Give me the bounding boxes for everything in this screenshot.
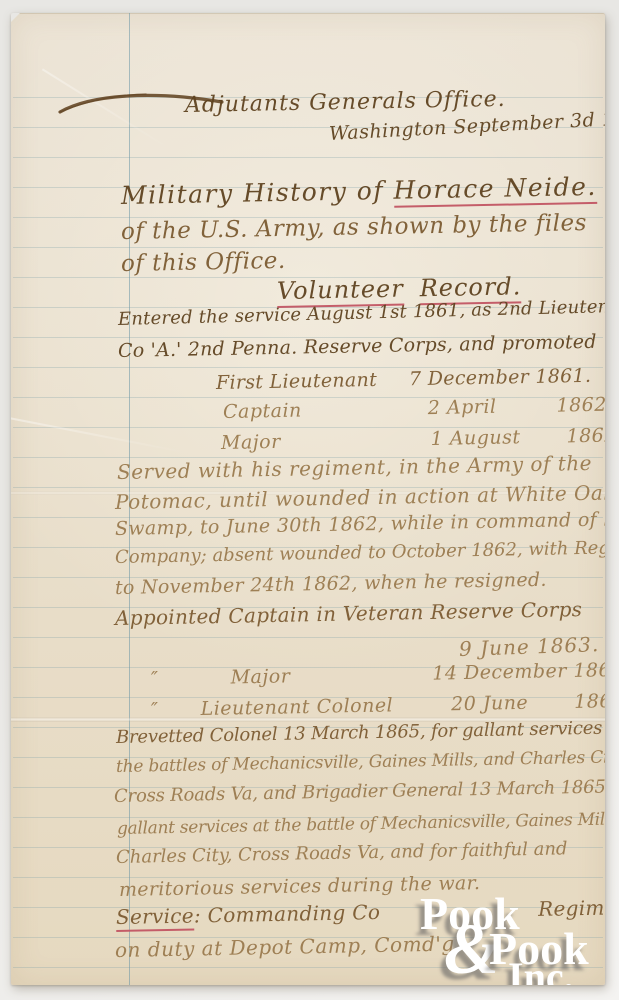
document-line: of the U.S. Army, as shown by the files bbox=[121, 210, 587, 245]
document-line: Adjutants Generals Office. bbox=[185, 87, 506, 118]
red-underlined-text: Horace Neide. bbox=[393, 172, 597, 208]
text-segment: on duty at Depot Camp, Comd'g bbox=[115, 931, 455, 962]
document-line: ″Major14 December 1863, bbox=[151, 659, 605, 690]
text-segment: 20 June bbox=[451, 692, 528, 715]
text-segment: Major bbox=[230, 665, 290, 688]
text-segment: gallant services at the battle of Mechan… bbox=[117, 809, 605, 839]
document-line: 9 June 1863. bbox=[459, 632, 600, 661]
document-line: the battles of Mechanicsville, Gaines Mi… bbox=[116, 747, 605, 777]
spacer bbox=[281, 445, 431, 448]
spacer bbox=[528, 708, 574, 709]
text-segment: 1 August bbox=[430, 426, 520, 450]
text-segment: Company; absent wounded to October 1862,… bbox=[115, 536, 605, 568]
text-segment: 14 December 1863, bbox=[432, 659, 605, 685]
document-line: gallant services at the battle of Mechan… bbox=[117, 809, 605, 839]
document-line: Appointed Captain in Veteran Reserve Cor… bbox=[115, 597, 583, 630]
text-segment: Appointed Captain in Veteran Reserve Cor… bbox=[115, 597, 583, 630]
document-line: Company; absent wounded to October 1862,… bbox=[115, 536, 605, 568]
text-segment: Lieutenant Colonel bbox=[200, 694, 393, 720]
spacer bbox=[377, 385, 409, 386]
text-segment: ″ bbox=[151, 668, 159, 690]
text-segment: Potomac, until wounded in action at Whit… bbox=[115, 480, 605, 514]
text-segment: Captain bbox=[223, 399, 302, 423]
document-line: ″Lieutenant Colonel20 June1864. bbox=[151, 690, 605, 721]
text-segment: Regiment V.R.C. bbox=[538, 894, 605, 921]
document-line: meritorious services during the war. bbox=[119, 872, 481, 901]
text-segment: ″ bbox=[151, 699, 159, 721]
document-line: Served with his regiment, in the Army of… bbox=[117, 451, 592, 484]
text-segment: Adjutants Generals Office. bbox=[185, 87, 506, 118]
text-segment: the battles of Mechanicsville, Gaines Mi… bbox=[116, 747, 605, 777]
text-segment: 1862. bbox=[556, 394, 605, 417]
text-segment: 2 April bbox=[428, 396, 497, 419]
red-underlined-text: Service bbox=[116, 904, 194, 932]
text-segment: Brevetted Colonel 13 March 1865, for gal… bbox=[116, 717, 605, 748]
document-line: Brevetted Colonel 13 March 1865, for gal… bbox=[116, 717, 605, 748]
spacer bbox=[497, 412, 557, 413]
document-line: Co 'A.' 2nd Penna. Reserve Corps, and pr… bbox=[118, 331, 597, 362]
spacer bbox=[302, 414, 428, 416]
spacer bbox=[159, 715, 201, 716]
document-line: on duty at Depot Camp, Comd'g bbox=[115, 931, 455, 962]
spacer bbox=[290, 680, 432, 683]
text-segment: Charles City, Cross Roads Va, and for fa… bbox=[116, 838, 568, 868]
spacer bbox=[393, 710, 451, 711]
text-segment: 1862. bbox=[566, 424, 605, 447]
document-line: to November 24th 1862, when he resigned. bbox=[115, 569, 547, 599]
document-line: Major1 August1862. bbox=[221, 424, 605, 454]
text-segment: meritorious services during the war. bbox=[119, 872, 481, 901]
document-line: Cross Roads Va, and Brigadier General 13… bbox=[114, 776, 605, 807]
document-line: Potomac, until wounded in action at Whit… bbox=[115, 480, 605, 514]
photo-background: Adjutants Generals Office.Washington Sep… bbox=[0, 0, 619, 1000]
text-segment: Cross Roads Va, and Brigadier General 13… bbox=[114, 776, 605, 807]
text-segment: 7 December 1861. bbox=[409, 365, 592, 390]
spacer bbox=[380, 916, 538, 919]
spacer bbox=[521, 442, 567, 443]
document-line: First Lieutenant7 December 1861. bbox=[216, 365, 592, 394]
paper-corner-cut bbox=[11, 13, 21, 23]
text-segment: to November 24th 1862, when he resigned. bbox=[115, 569, 547, 599]
text-segment: of the U.S. Army, as shown by the files bbox=[121, 210, 587, 245]
spacer bbox=[159, 683, 231, 684]
document-line: Swamp, to June 30th 1862, while in comma… bbox=[115, 508, 605, 540]
text-segment: : Commanding Co bbox=[194, 900, 381, 928]
document-paper: Adjutants Generals Office.Washington Sep… bbox=[11, 13, 605, 985]
text-segment: Co 'A.' 2nd Penna. Reserve Corps, and pr… bbox=[118, 331, 597, 362]
document-line: of this Office. bbox=[121, 248, 286, 277]
text-segment: of this Office. bbox=[121, 248, 286, 277]
document-line: Charles City, Cross Roads Va, and for fa… bbox=[116, 838, 568, 868]
document-line: Captain2 April1862. bbox=[223, 394, 605, 423]
text-segment: Major bbox=[221, 431, 281, 454]
document-line: Military History of Horace Neide. bbox=[121, 172, 597, 210]
text-segment: First Lieutenant bbox=[216, 369, 377, 394]
handwriting-layer: Adjutants Generals Office.Washington Sep… bbox=[11, 13, 605, 985]
text-segment: 9 June 1863. bbox=[459, 632, 600, 661]
text-segment: Swamp, to June 30th 1862, while in comma… bbox=[115, 508, 605, 540]
text-segment: 1864. bbox=[574, 690, 605, 713]
text-segment: Served with his regiment, in the Army of… bbox=[117, 451, 592, 484]
text-segment: Military History of bbox=[121, 176, 394, 210]
